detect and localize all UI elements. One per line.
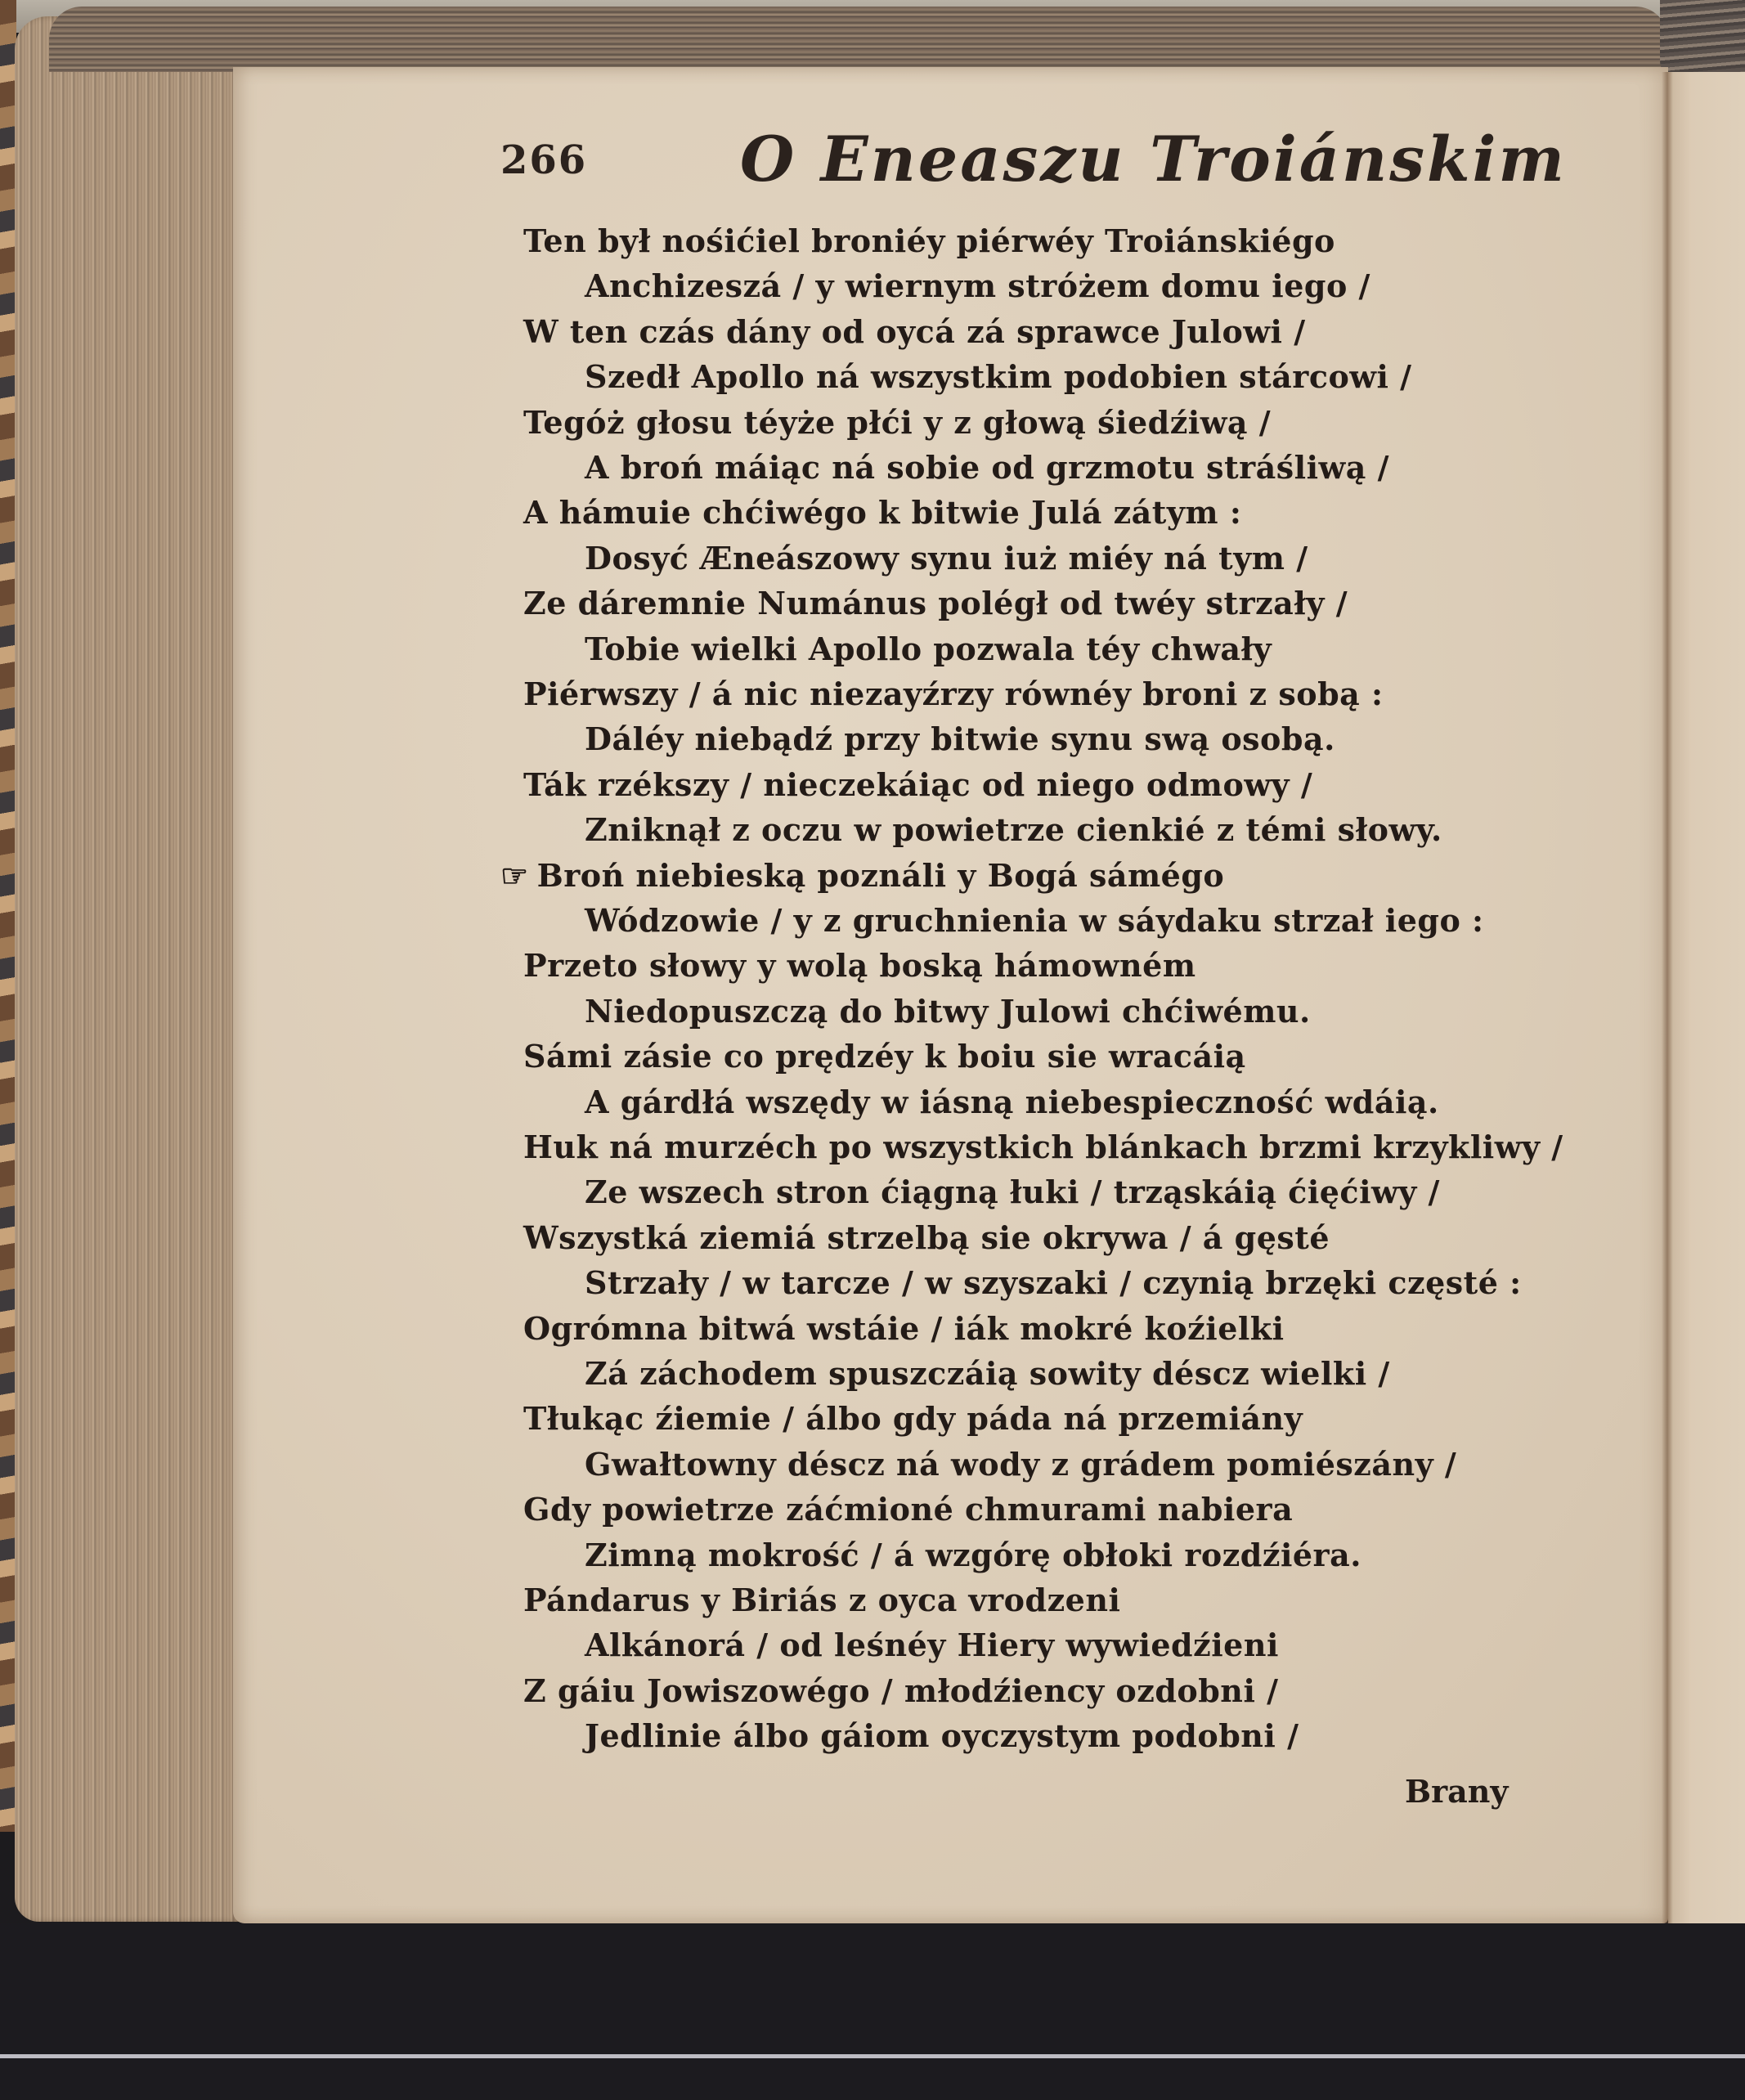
verse-text: Szedł Apollo ná wszystkim podobien stárc… [585, 358, 1412, 395]
verse-text: Ták rzékszy / nieczekáiąc od niego odmow… [523, 766, 1312, 803]
verse-text: Gwałtowny déscz ná wody z grádem pomiész… [585, 1446, 1456, 1483]
verse-text: Broń niebieską poználi y Bogá sámégo [537, 857, 1225, 894]
verse-text: A broń máiąc ná sobie od grzmotu stráśli… [585, 449, 1389, 486]
verse-text: Anchizeszá / y wiernym stróżem domu iego… [585, 267, 1370, 304]
verse-line: Ze wszech stron ćiągną łuki / trząskáią … [585, 1173, 1440, 1210]
verse-text: Dosyć Æneászowy synu iuż miéy ná tym / [585, 540, 1308, 577]
verse-line: Piérwszy / á nic niezayźrzy równéy broni… [523, 675, 1384, 712]
verse-text: Zimną mokrość / á wzgórę obłoki rozdźiér… [585, 1537, 1361, 1573]
verse-text: Z gáiu Jowiszowégo / młodźiency ozdobni … [523, 1672, 1278, 1709]
verse-line: Ogrómna bitwá wstáie / iák mokré koźielk… [523, 1310, 1285, 1347]
verse-text: Niedopuszczą do bitwy Julowi chćiwému. [585, 993, 1311, 1030]
verse-text: Ze wszech stron ćiągną łuki / trząskáią … [585, 1173, 1440, 1210]
verse-line: Alkánorá / od leśnéy Hiery wywiedźieni [585, 1627, 1279, 1663]
verse-line: Z gáiu Jowiszowégo / młodźiency ozdobni … [523, 1672, 1278, 1709]
verse-line: Ták rzékszy / nieczekáiąc od niego odmow… [523, 766, 1312, 803]
verse-text: A hámuie chćiwégo k bitwie Julá zátym : [523, 494, 1241, 531]
verse-line: Zniknął z oczu w powietrze cienkié z tém… [585, 811, 1442, 848]
verse-line: Sámi zásie co prędzéy k boiu sie wracáią [523, 1038, 1246, 1075]
verse-text: Tegóż głosu téyże płći y z głową śiedźiw… [523, 404, 1271, 441]
verse-line: Dosyć Æneászowy synu iuż miéy ná tym / [585, 540, 1308, 577]
verse-line: Wódzowie / y z gruchnienia w sáydaku str… [585, 902, 1484, 939]
verse-line: Anchizeszá / y wiernym stróżem domu iego… [585, 267, 1370, 304]
verse-line: Szedł Apollo ná wszystkim podobien stárc… [585, 358, 1412, 395]
verse-text: Jedlinie álbo gáiom oyczystym podobni / [585, 1717, 1299, 1754]
verse-line: Zimną mokrość / á wzgórę obłoki rozdźiér… [585, 1537, 1361, 1573]
verse-text: Ogrómna bitwá wstáie / iák mokré koźielk… [523, 1310, 1285, 1347]
verse-line: Pándarus y Biriás z oyca vrodzeni [523, 1582, 1120, 1618]
verse-text: Zá záchodem spuszczáią sowity déscz wiel… [585, 1355, 1390, 1392]
verse-line: Wszystká ziemiá strzelbą sie okrywa / á … [523, 1219, 1330, 1256]
book-scan: 266 O Eneaszu Troiánskim Ten był nośićie… [0, 0, 1745, 2100]
verse-text: Tłukąc źiemie / álbo gdy páda ná przemiá… [523, 1400, 1303, 1437]
paragraph-mark-icon: ☞ [500, 857, 529, 894]
running-title: O Eneaszu Troiánskim [740, 123, 1567, 195]
verse-line: Ten był nośićiel broniéy piérwéy Troiáns… [523, 222, 1335, 259]
verse-line: A broń máiąc ná sobie od grzmotu stráśli… [585, 449, 1389, 486]
verse-line: Dáléy niebądź przy bitwie synu swą osobą… [585, 720, 1335, 757]
verse-line: ☞Broń niebieską poználi y Bogá sámégo [500, 857, 1224, 894]
verse-line: Ze dáremnie Numánus polégł od twéy strza… [523, 585, 1348, 621]
page-number: 266 [500, 137, 587, 183]
verse-text: Sámi zásie co prędzéy k boiu sie wracáią [523, 1038, 1246, 1075]
verse-text: Huk ná murzéch po wszystkich blánkach br… [523, 1129, 1563, 1165]
page-text: 266 O Eneaszu Troiánskim Ten był nośićie… [0, 0, 1745, 2100]
verse-text: Strzały / w tarcze / w szyszaki / czynią… [585, 1264, 1522, 1301]
verse-text: Tobie wielki Apollo pozwala téy chwały [585, 630, 1272, 667]
catchword: Brany [1405, 1773, 1508, 1810]
verse-line: Tobie wielki Apollo pozwala téy chwały [585, 630, 1272, 667]
verse-text: W ten czás dány od oycá zá sprawce Julow… [523, 313, 1306, 350]
verse-line: A gárdłá wszędy w iásną niebespieczność … [585, 1084, 1439, 1120]
verse-text: Piérwszy / á nic niezayźrzy równéy broni… [523, 675, 1384, 712]
verse-text: Zniknął z oczu w powietrze cienkié z tém… [585, 811, 1442, 848]
verse-text: Przeto słowy y wolą boską hámowném [523, 947, 1196, 984]
verse-line: Jedlinie álbo gáiom oyczystym podobni / [585, 1717, 1299, 1754]
verse-text: Ten był nośićiel broniéy piérwéy Troiáns… [523, 222, 1335, 259]
verse-line: Tłukąc źiemie / álbo gdy páda ná przemiá… [523, 1400, 1303, 1437]
verse-line: Strzały / w tarcze / w szyszaki / czynią… [585, 1264, 1522, 1301]
verse-text: Wódzowie / y z gruchnienia w sáydaku str… [585, 902, 1484, 939]
verse-text: Gdy powietrze záćmioné chmurami nabiera [523, 1491, 1293, 1528]
verse-text: Dáléy niebądź przy bitwie synu swą osobą… [585, 720, 1335, 757]
verse-line: Zá záchodem spuszczáią sowity déscz wiel… [585, 1355, 1390, 1392]
verse-text: Pándarus y Biriás z oyca vrodzeni [523, 1582, 1120, 1618]
verse-line: Gwałtowny déscz ná wody z grádem pomiész… [585, 1446, 1456, 1483]
verse-line: Przeto słowy y wolą boską hámowném [523, 947, 1196, 984]
verse-text: Ze dáremnie Numánus polégł od twéy strza… [523, 585, 1348, 621]
verse-line: A hámuie chćiwégo k bitwie Julá zátym : [523, 494, 1241, 531]
verse-line: Tegóż głosu téyże płći y z głową śiedźiw… [523, 404, 1271, 441]
verse-text: A gárdłá wszędy w iásną niebespieczność … [585, 1084, 1439, 1120]
verse-line: Huk ná murzéch po wszystkich blánkach br… [523, 1129, 1563, 1165]
verse-line: Gdy powietrze záćmioné chmurami nabiera [523, 1491, 1293, 1528]
verse-line: W ten czás dány od oycá zá sprawce Julow… [523, 313, 1306, 350]
verse-line: Niedopuszczą do bitwy Julowi chćiwému. [585, 993, 1311, 1030]
verse-text: Alkánorá / od leśnéy Hiery wywiedźieni [585, 1627, 1279, 1663]
verse-text: Wszystká ziemiá strzelbą sie okrywa / á … [523, 1219, 1330, 1256]
